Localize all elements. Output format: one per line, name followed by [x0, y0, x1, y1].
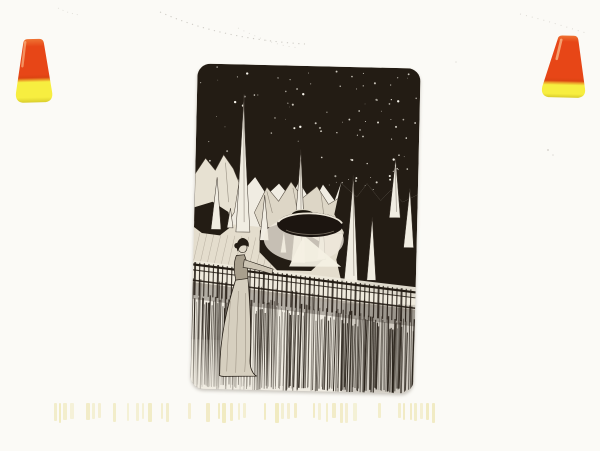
engraving — [190, 64, 420, 394]
barcode-bar — [432, 403, 435, 423]
barcode-bar — [294, 403, 297, 418]
candy-corn-right-shape — [539, 32, 589, 103]
barcode-bar — [54, 403, 57, 421]
barcode-ghost — [50, 402, 442, 424]
barcode-bar — [275, 403, 279, 423]
barcode-bar — [420, 403, 423, 419]
barcode-bar — [414, 403, 417, 421]
illustration-card — [190, 64, 420, 394]
barcode-bar — [340, 403, 342, 423]
barcode-bar — [264, 403, 266, 420]
barcode-bar — [63, 403, 67, 420]
barcode-bar — [136, 403, 139, 421]
scratch-mark — [160, 12, 305, 44]
barcode-bar — [281, 403, 284, 419]
reed-darkening — [340, 303, 415, 393]
barcode-bar — [98, 403, 100, 418]
barcode-bar — [70, 403, 74, 419]
barcode-bar — [148, 403, 152, 422]
scratch-mark — [58, 8, 80, 15]
barcode-bar — [230, 403, 234, 421]
barcode-bar — [287, 403, 290, 419]
barcode-bar — [222, 403, 226, 423]
candy-corn-body — [542, 35, 587, 98]
scanned-page — [0, 0, 600, 451]
barcode-bar — [92, 403, 96, 419]
barcode-bar — [86, 403, 90, 420]
barcode-bar — [59, 403, 61, 423]
barcode-bar — [326, 403, 329, 422]
barcode-bar — [403, 403, 405, 420]
barcode-bar — [113, 403, 117, 422]
barcode-bar — [318, 403, 322, 420]
candy-corn-left — [10, 35, 56, 108]
barcode-bar — [166, 403, 169, 422]
barcode-bar — [127, 403, 130, 421]
barcode-bar — [313, 403, 316, 418]
candy-corn-body — [14, 39, 52, 103]
barcode-bar — [410, 403, 413, 420]
candy-corn-right — [539, 32, 589, 103]
barcode-bar — [426, 403, 429, 420]
barcode-bar — [345, 403, 348, 423]
barcode-bar — [142, 403, 144, 419]
barcode-bar — [218, 403, 220, 419]
paper-speck — [547, 149, 549, 151]
paper-speck — [455, 61, 457, 63]
candy-corn-left-shape — [10, 35, 56, 108]
barcode-bar — [243, 403, 246, 418]
barcode-bar — [238, 403, 240, 420]
scratch-mark — [238, 28, 300, 48]
barcode-bar — [332, 403, 336, 418]
barcode-bar — [353, 403, 357, 421]
barcode-bar — [161, 403, 163, 419]
paper-speck — [552, 154, 554, 156]
barcode-bar — [206, 403, 210, 422]
barcode-bar — [398, 403, 401, 418]
scratch-mark — [520, 14, 586, 33]
barcode-bar — [188, 403, 191, 419]
barcode-bar — [378, 403, 381, 418]
